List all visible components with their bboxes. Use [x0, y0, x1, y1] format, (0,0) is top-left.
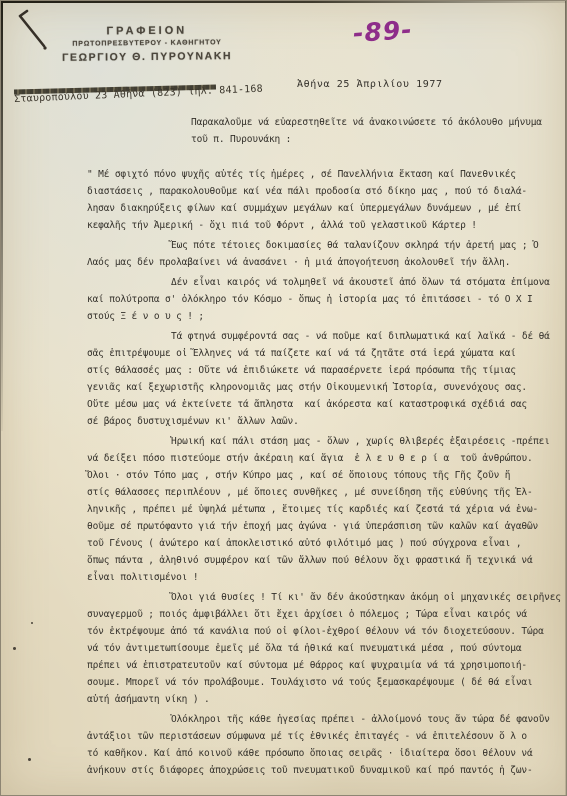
intro-note: Παρακαλοῦμε νά εὐαρεστηθεῖτε νά ἀνακοινώ… — [191, 114, 561, 148]
text-line: Λαός μας δέν προλαβαίνει νά ἀνασάνει · ἡ… — [87, 254, 561, 271]
pen-stroke-icon — [11, 9, 53, 55]
text-line: " Μέ σφιχτό πόνο ψυχῆς αὐτές τίς ἡμέρες … — [87, 166, 561, 183]
text-line: τοῦ π. Πυρουνάκη : — [191, 131, 561, 148]
scan-edge-left — [1, 1, 3, 431]
paragraph: Ὅλοι γιά θυσίες ! Τί κι' ἄν δέν ἀκούστηκ… — [87, 589, 561, 708]
paragraph: Ἕως πότε τέτοιες δοκιμασίες θά ταλανίζου… — [87, 237, 561, 271]
paper-speck — [28, 758, 31, 761]
text-line: καί πολύτροπα σ' ὁλόκληρο τόν Κόσμο - ὅπ… — [87, 291, 561, 308]
text-line: κεφαλῆς τήν Ἀμερική - ὄχι πιά τοῦ Φόρντ … — [87, 217, 561, 234]
text-line: στούς Ξ έ ν ο υ ς ! ; — [87, 308, 561, 325]
office-rubber-stamp: ΓΡΑΦΕΙΟΝ ΠΡΩΤΟΠΡΕΣΒΥΤΕΡΟΥ - ΚΑΘΗΓΗΤΟΥ ΓΕ… — [57, 24, 237, 64]
text-line: τό καθῆκον. Καί ἀπό κοινοῦ κάθε πρόσωπο … — [87, 745, 561, 762]
stamp-line-office: ΓΡΑΦΕΙΟΝ — [57, 24, 237, 38]
stamp-line-name: ΓΕΩΡΓΙΟΥ Θ. ΠΥΡΟΥΝΑΚΗ — [57, 50, 237, 64]
paper-speck — [31, 622, 33, 624]
text-line: σουμε. Μπορεῖ νά τόν προλάβουμε. Τουλάχι… — [87, 674, 561, 691]
paragraph: Τά φτηνά συμφέροντά σας - νά ποῦμε καί δ… — [87, 328, 561, 430]
text-line: νά τόν ἀντιμετωπίσουμε ἐμεῖς μέ ὅλα τά ἠ… — [87, 640, 561, 657]
text-line: στίς θάλασσες περιπλέουν , μέ ὅποιες συν… — [87, 484, 561, 501]
scan-edge-right — [565, 1, 566, 795]
text-line: Ὁλόκληροι τῆς κάθε ἡγεσίας πρέπει - ἀλλο… — [87, 711, 561, 728]
text-line: Ὅλοι · στόν Τόπο μας , στήν Κύπρο μας , … — [87, 467, 561, 484]
text-line: σᾶς ἐπιτρέψουμε οἱ Ἕλληνες νά τά παίζετε… — [87, 345, 561, 362]
paragraph: " Μέ σφιχτό πόνο ψυχῆς αὐτές τίς ἡμέρες … — [87, 166, 561, 234]
text-line: αὐτή ἀσήμαντη νίκη ) . — [87, 691, 561, 708]
text-line: εἶναι πολιτισμένοι ! — [87, 569, 561, 586]
text-line: ἀντάξιοι τῶν περιστάσεων σύμφωνα μέ τίς … — [87, 728, 561, 745]
text-line: γενιᾶς καί ξεχωριστῆς κληρονομιᾶς μας στ… — [87, 379, 561, 396]
text-line: Ἕως πότε τέτοιες δοκιμασίες θά ταλανίζου… — [87, 237, 561, 254]
text-line: ὅπως πάντα , ἀληθινό συμφέρον καί τῶν ἄλ… — [87, 552, 561, 569]
text-line: θοῦμε σέ πρωτόφαντο γιά τήν ἐποχή μας ἀγ… — [87, 518, 561, 535]
text-line: ληνικῆς , πρέπει μέ ὑψηλά μέτωπα , ἕτοιμ… — [87, 501, 561, 518]
text-line: λησαν διακηρύξεις φίλων καί συμμάχων μεγ… — [87, 200, 561, 217]
scanned-letter-page: ΓΡΑΦΕΙΟΝ ΠΡΩΤΟΠΡΕΣΒΥΤΕΡΟΥ - ΚΑΘΗΓΗΤΟΥ ΓΕ… — [0, 0, 567, 796]
text-line: συναγερμοῦ ; ποιός ἀμφιβάλλει ὅτι ἔχει ἀ… — [87, 606, 561, 623]
text-line: Ὅλοι γιά θυσίες ! Τί κι' ἄν δέν ἀκούστηκ… — [87, 589, 561, 606]
text-line: Ἡρωική καί πάλι στάση μας - ὅλων , χωρίς… — [87, 433, 561, 450]
scan-edge-top — [1, 1, 566, 3]
date-line: Ἀθήνα 25 Ἀπριλίου 1977 — [297, 79, 443, 90]
text-line: τόν ἐκτρέψουμε ἀπό τά κανάλια πού οἱ φίλ… — [87, 623, 561, 640]
text-line: στίς θάλασσές μας : Οὔτε νά ἐπιδιώκετε ν… — [87, 362, 561, 379]
paragraph: Ὁλόκληροι τῆς κάθε ἡγεσίας πρέπει - ἀλλο… — [87, 711, 561, 779]
stamp-line-title: ΠΡΩΤΟΠΡΕΣΒΥΤΕΡΟΥ - ΚΑΘΗΓΗΤΟΥ — [57, 39, 237, 48]
text-line: νά δείξει πόσο πιστεύομε στήν ἀκέραιη κα… — [87, 450, 561, 467]
handwritten-page-number: -89- — [352, 15, 413, 48]
text-line: Οὔτε μέσω μας νά ἐκτείνετε τά ἄπληστα κα… — [87, 396, 561, 413]
paragraph: Δέν εἶναι καιρός νά τολμηθεῖ νά ἀκουστεῖ… — [87, 274, 561, 325]
text-line: ἀνήκουν στίς διάφορες ἀποχρώσεις τοῦ πνε… — [87, 762, 561, 779]
text-line: πρέπει νά ἐπιστρατευτοῦν καί σύντομα μέ … — [87, 657, 561, 674]
text-line: σέ βάρος δυστυχισμένων κι' ἄλλων λαῶν. — [87, 413, 561, 430]
paragraph: Ἡρωική καί πάλι στάση μας - ὅλων , χωρίς… — [87, 433, 561, 586]
letter-body: Παρακαλοῦμε νά εὐαρεστηθεῖτε νά ἀνακοινώ… — [87, 114, 561, 782]
text-line: Παρακαλοῦμε νά εὐαρεστηθεῖτε νά ἀνακοινώ… — [191, 114, 561, 131]
text-line: Δέν εἶναι καιρός νά τολμηθεῖ νά ἀκουστεῖ… — [87, 274, 561, 291]
text-line: Τά φτηνά συμφέροντά σας - νά ποῦμε καί δ… — [87, 328, 561, 345]
paper-speck — [13, 647, 16, 650]
text-line: τοῦ Γένους ( ἀνώτερο καί ἀποκλειστικό αὐ… — [87, 535, 561, 552]
text-line: διαστάσεις , παρακολουθοῦμε καί νέα πάλι… — [87, 183, 561, 200]
